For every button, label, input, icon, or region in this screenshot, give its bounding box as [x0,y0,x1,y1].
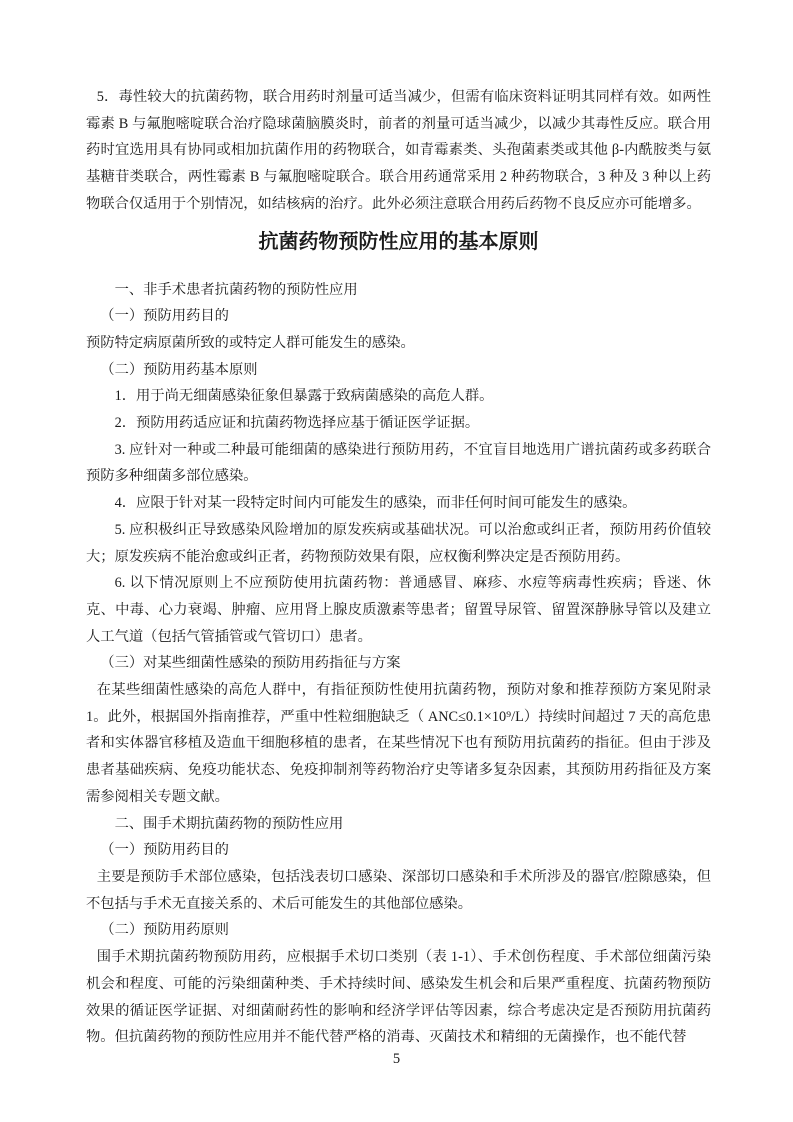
heading-prophylaxis-purpose-2: （一）预防用药目的 [86,837,711,864]
list-item-5: 5. 应积极纠正导致感染风险增加的原发疾病或基础状况。可以治愈或纠正者，预防用药… [86,517,711,570]
paragraph-perioperative-factors: 围手术期抗菌药物预防用药，应根据手术切口类别（表 1-1）、手术创伤程度、手术部… [86,944,711,1051]
paragraph-high-risk-groups: 在某些细菌性感染的高危人群中，有指征预防性使用抗菌药物，预防对象和推荐预防方案见… [86,677,711,811]
heading-indications-schemes: （三）对某些细菌性感染的预防用药指征与方案 [86,650,711,677]
list-item-6: 6. 以下情况原则上不应预防使用抗菌药物：普通感冒、麻疹、水痘等病毒性疾病；昏迷… [86,570,711,650]
list-item-2: 2．预防用药适应证和抗菌药物选择应基于循证医学证据。 [86,410,711,437]
paragraph-surgical-site-infection: 主要是预防手术部位感染，包括浅表切口感染、深部切口感染和手术所涉及的器官/腔隙感… [86,864,711,917]
list-item-3: 3. 应针对一种或二种最可能细菌的感染进行预防用药，不宜盲目地选用广谱抗菌药或多… [86,437,711,490]
paragraph-combination-therapy: 5．毒性较大的抗菌药物，联合用药时剂量可适当减少，但需有临床资料证明其同样有效。… [86,84,711,218]
list-item-4: 4．应限于针对某一段特定时间内可能发生的感染，而非任何时间可能发生的感染。 [86,490,711,517]
list-item-1: 1．用于尚无细菌感染征象但暴露于致病菌感染的高危人群。 [86,383,711,410]
page-content: 5．毒性较大的抗菌药物，联合用药时剂量可适当减少，但需有临床资料证明其同样有效。… [86,84,711,1051]
heading-prophylaxis-principles: （二）预防用药原则 [86,917,711,944]
heading-basic-principles: （二）预防用药基本原则 [86,357,711,384]
paragraph-prophylaxis-purpose-body: 预防特定病原菌所致的或特定人群可能发生的感染。 [86,330,711,357]
heading-nonsurgical-patients: 一、非手术患者抗菌药物的预防性应用 [86,277,711,304]
section-title: 抗菌药物预防性应用的基本原则 [86,227,711,257]
heading-perioperative: 二、围手术期抗菌药物的预防性应用 [86,811,711,838]
page-number: 5 [0,1046,793,1073]
heading-prophylaxis-purpose-1: （一）预防用药目的 [86,303,711,330]
document-page: 5．毒性较大的抗菌药物，联合用药时剂量可适当减少，但需有临床资料证明其同样有效。… [0,0,793,1122]
